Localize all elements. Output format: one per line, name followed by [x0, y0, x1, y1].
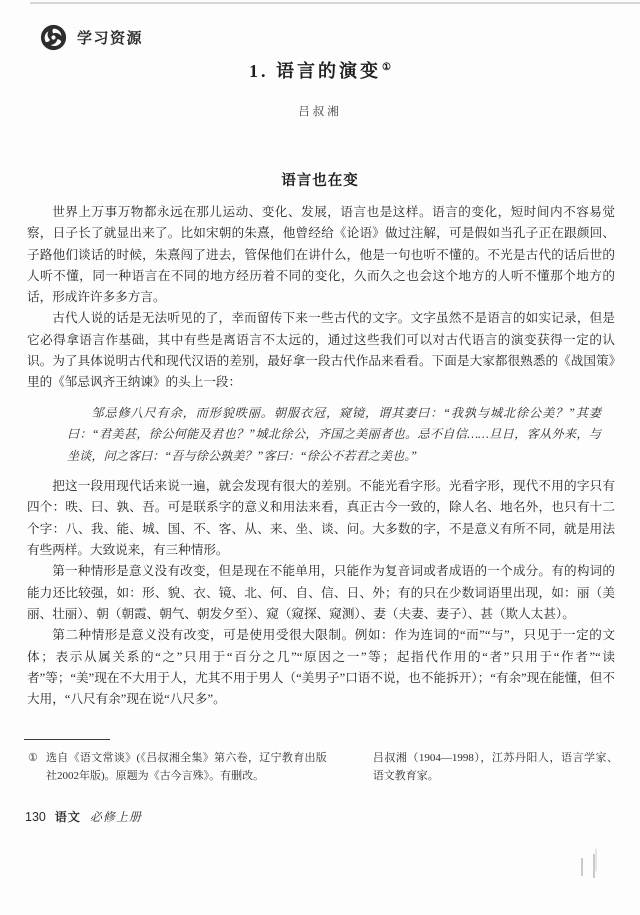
lesson-title-text: 1. 语言的演变 — [249, 61, 381, 81]
footnote-source-text: 选自《语文常谈》(《吕叔湘全集》第六卷，辽宁教育出版社2002年版)。原题为《古… — [46, 750, 327, 785]
textbook-page: 学习资源 1. 语言的演变① 吕叔湘 语言也在变 世界上万事万物都永远在那儿运动… — [0, 0, 640, 915]
footnote-source: ① 选自《语文常谈》(《吕叔湘全集》第六卷，辽宁教育出版社2002年版)。原题为… — [28, 750, 327, 785]
learning-resources-swirl-logo-icon — [40, 24, 67, 51]
paragraph-5: 第二种情形是意义没有改变，可是使用受很大限制。例如：作为连词的“而”“与”，只见… — [27, 625, 615, 710]
header-label: 学习资源 — [77, 27, 143, 48]
author-name: 吕叔湘 — [0, 103, 640, 119]
page-number: 130 — [25, 810, 46, 824]
paragraph-2: 古代人说的话是无法听见的了，幸而留传下来一些古代的文字。文字虽然不是语言的如实记… — [27, 308, 615, 393]
paragraph-3: 把这一段用现代话来说一遍，就会发现有很大的差别。不能光看字形。光看字形，现代不用… — [27, 476, 615, 561]
paragraph-1: 世界上万事万物都永远在那儿运动、变化、发展，语言也是这样。语言的变化，短时间内不… — [27, 202, 615, 308]
footnote-author-bio: 吕叔湘（1904—1998），江苏丹阳人，语言学家、语文教育家。 — [373, 750, 618, 785]
footnote-divider — [24, 739, 110, 740]
footnote-marker: ① — [28, 750, 46, 785]
scan-artifact-marks — [576, 846, 602, 880]
classical-quote: 邹忌修八尺有余，而形貌昳丽。朝服衣冠，窥镜，谓其妻曰：“我孰与城北徐公美？”其妻… — [67, 403, 601, 468]
title-footnote-reference: ① — [382, 62, 391, 73]
volume-label: 必修上册 — [90, 808, 142, 825]
paragraph-4: 第一种情形是意义没有改变，但是现在不能单用，只能作为复音词或者成语的一个成分。有… — [27, 561, 615, 625]
lesson-title: 1. 语言的演变① — [0, 57, 640, 83]
page-header: 学习资源 — [40, 24, 143, 51]
body-text: 世界上万事万物都永远在那儿运动、变化、发展，语言也是这样。语言的变化，短时间内不… — [27, 202, 615, 735]
section-heading: 语言也在变 — [0, 169, 640, 190]
footnotes: ① 选自《语文常谈》(《吕叔湘全集》第六卷，辽宁教育出版社2002年版)。原题为… — [28, 750, 618, 785]
page-footer: 130 语文 必修上册 — [25, 808, 142, 825]
subject-label: 语文 — [55, 808, 81, 825]
scan-edge-line — [30, 2, 640, 4]
